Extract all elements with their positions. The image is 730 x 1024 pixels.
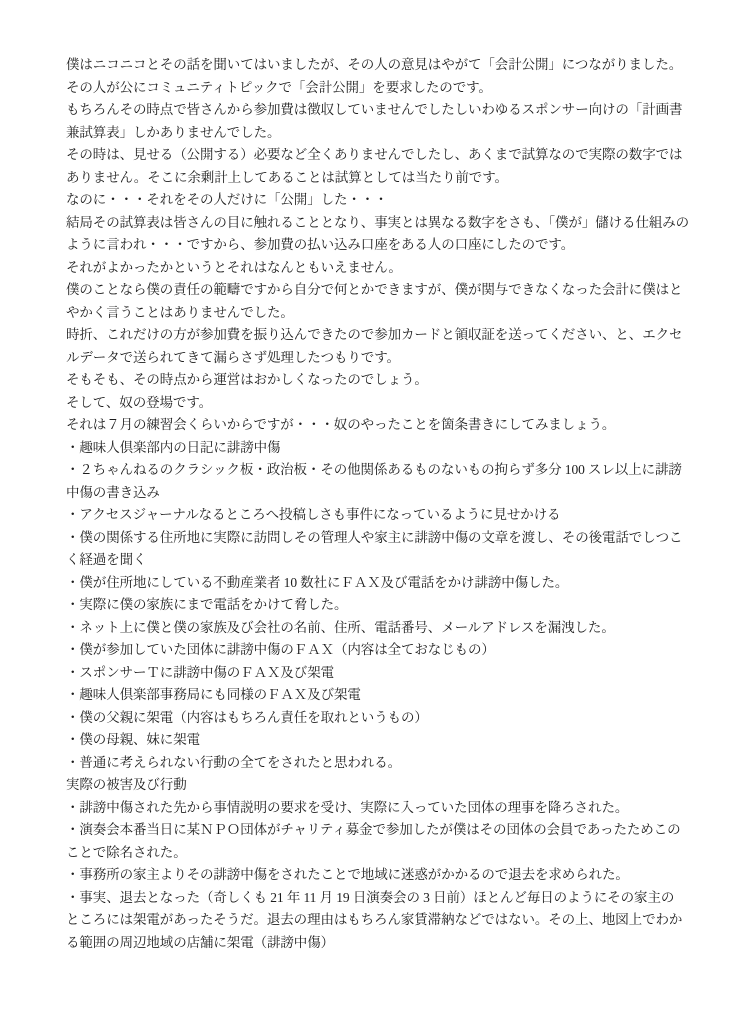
text-line: なのに・・・それをその人だけに「公開」した・・・ bbox=[66, 189, 682, 212]
text-line: る範囲の周辺地域の店舗に架電（誹謗中傷） bbox=[66, 932, 682, 955]
text-line: ・僕が住所地にしている不動産業者 10 数社にＦＡＸ及び電話をかけ誹謗中傷した。 bbox=[66, 572, 682, 595]
text-line: 結局その試算表は皆さんの目に触れることとなり、事実とは異なる数字をさも、「僕が」… bbox=[66, 212, 682, 235]
text-line: それがよかったかというとそれはなんともいえません。 bbox=[66, 257, 682, 280]
text-line: その時は、見せる（公開する）必要など全くありませんでしたし、あくまで試算なので実… bbox=[66, 144, 682, 167]
text-line: そして、奴の登場です。 bbox=[66, 392, 682, 415]
text-line: ・演奏会本番当日に某ＮＰＯ団体がチャリティ募金で参加したが僕はその団体の会員であ… bbox=[66, 819, 682, 842]
text-line: ・事実、退去となった（奇しくも 21 年 11 月 19 日演奏会の 3 日前）… bbox=[66, 887, 682, 910]
text-line: ・２ちゃんねるのクラシック板・政治板・その他関係あるものないもの拘らず多分 10… bbox=[66, 459, 682, 482]
text-line: く経過を聞く bbox=[66, 549, 682, 572]
text-line: ・僕の関係する住所地に実際に訪問しその管理人や家主に誹謗中傷の文章を渡し、その後… bbox=[66, 527, 682, 550]
text-line: ・趣味人倶楽部内の日記に誹謗中傷 bbox=[66, 437, 682, 460]
text-line: ように言われ・・・ですから、参加費の払い込み口座をある人の口座にしたのです。 bbox=[66, 234, 682, 257]
text-line: ・誹謗中傷された先から事情説明の要求を受け、実際に入っていた団体の理事を降ろされ… bbox=[66, 797, 682, 820]
text-line: ところには架電があったそうだ。退去の理由はもちろん家賃滞納などではない。その上、… bbox=[66, 909, 682, 932]
text-line: それは７月の練習会くらいからですが・・・奴のやったことを箇条書きにしてみましょう… bbox=[66, 414, 682, 437]
text-line: もちろんその時点で皆さんから参加費は徴収していませんでしたしいわゆるスポンサー向… bbox=[66, 99, 682, 122]
text-line: 中傷の書き込み bbox=[66, 482, 682, 505]
text-line: 僕はニコニコとその話を聞いてはいましたが、その人の意見はやがて「会計公開」につな… bbox=[66, 54, 682, 77]
document-page: 僕はニコニコとその話を聞いてはいましたが、その人の意見はやがて「会計公開」につな… bbox=[0, 0, 730, 1024]
text-line: そもそも、その時点から運営はおかしくなったのでしょう。 bbox=[66, 369, 682, 392]
text-line: 実際の被害及び行動 bbox=[66, 774, 682, 797]
text-line: ・普通に考えられない行動の全てをされたと思われる。 bbox=[66, 752, 682, 775]
text-line: ・僕の母親、妹に架電 bbox=[66, 729, 682, 752]
text-line: ことで除名された。 bbox=[66, 842, 682, 865]
text-line: 時折、これだけの方が参加費を振り込んできたので参加カードと領収証を送ってください… bbox=[66, 324, 682, 347]
text-line: ・ネット上に僕と僕の家族及び会社の名前、住所、電話番号、メールアドレスを漏洩した… bbox=[66, 617, 682, 640]
text-line: ・実際に僕の家族にまで電話をかけて脅した。 bbox=[66, 594, 682, 617]
text-line: ありません。そこに余剰計上してあることは試算としては当たり前です。 bbox=[66, 167, 682, 190]
text-line: ・僕が参加していた団体に誹謗中傷のＦＡＸ（内容は全ておなじもの） bbox=[66, 639, 682, 662]
document-body: 僕はニコニコとその話を聞いてはいましたが、その人の意見はやがて「会計公開」につな… bbox=[66, 54, 682, 954]
text-line: やかく言うことはありませんでした。 bbox=[66, 302, 682, 325]
text-line: ・僕の父親に架電（内容はもちろん責任を取れというもの） bbox=[66, 707, 682, 730]
text-line: 僕のことなら僕の責任の範疇ですから自分で何とかできますが、僕が関与できなくなった… bbox=[66, 279, 682, 302]
text-line: その人が公にコミュニティトピックで「会計公開」を要求したのです。 bbox=[66, 77, 682, 100]
text-line: ・アクセスジャーナルなるところへ投稿しさも事件になっているように見せかける bbox=[66, 504, 682, 527]
text-line: ・事務所の家主よりその誹謗中傷をされたことで地域に迷惑がかかるので退去を求められ… bbox=[66, 864, 682, 887]
text-line: ルデータで送られてきて漏らさず処理したつもりです。 bbox=[66, 347, 682, 370]
text-line: 兼試算表」しかありませんでした。 bbox=[66, 122, 682, 145]
text-line: ・スポンサーＴに誹謗中傷のＦＡＸ及び架電 bbox=[66, 662, 682, 685]
text-line: ・趣味人倶楽部事務局にも同様のＦＡＸ及び架電 bbox=[66, 684, 682, 707]
